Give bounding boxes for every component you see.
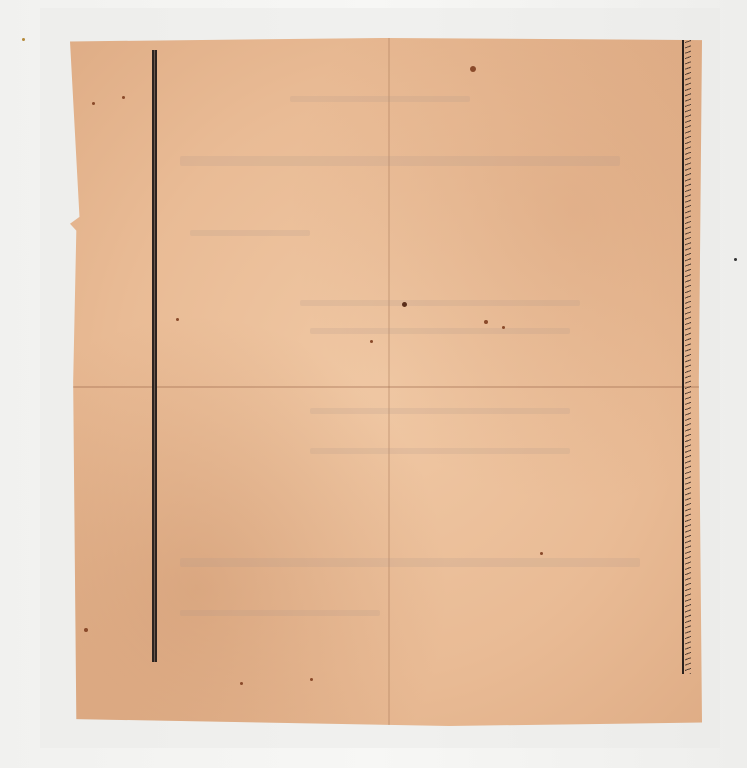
stain-spot — [122, 96, 125, 99]
stain-spot — [402, 302, 407, 307]
bleed-through-text — [180, 156, 620, 166]
stain-spot — [370, 340, 373, 343]
bleed-through-text — [290, 96, 470, 102]
right-rule-zigzag — [685, 40, 691, 674]
left-double-rule — [152, 50, 157, 662]
stain-spot — [92, 102, 95, 105]
stain-spot — [502, 326, 505, 329]
stain-spot — [84, 628, 88, 632]
right-zigzag-rule — [682, 40, 692, 674]
bleed-through-text — [310, 448, 570, 454]
stain-spot — [240, 682, 243, 685]
scanner-dust-spot — [734, 258, 737, 261]
stain-spot — [310, 678, 313, 681]
stain-spot — [484, 320, 488, 324]
stain-spot — [176, 318, 179, 321]
right-rule-line — [682, 40, 684, 674]
bleed-through-text — [300, 300, 580, 306]
scanner-dust-spot — [22, 38, 25, 41]
bleed-through-text — [180, 610, 380, 616]
paper-sheet — [70, 38, 702, 726]
horizontal-fold-crease — [70, 386, 702, 388]
bleed-through-text — [310, 408, 570, 414]
vertical-fold-crease — [388, 38, 390, 726]
bleed-through-text — [310, 328, 570, 334]
bleed-through-text — [190, 230, 310, 236]
stain-spot — [470, 66, 476, 72]
stain-spot — [540, 552, 543, 555]
bleed-through-text — [180, 558, 640, 567]
